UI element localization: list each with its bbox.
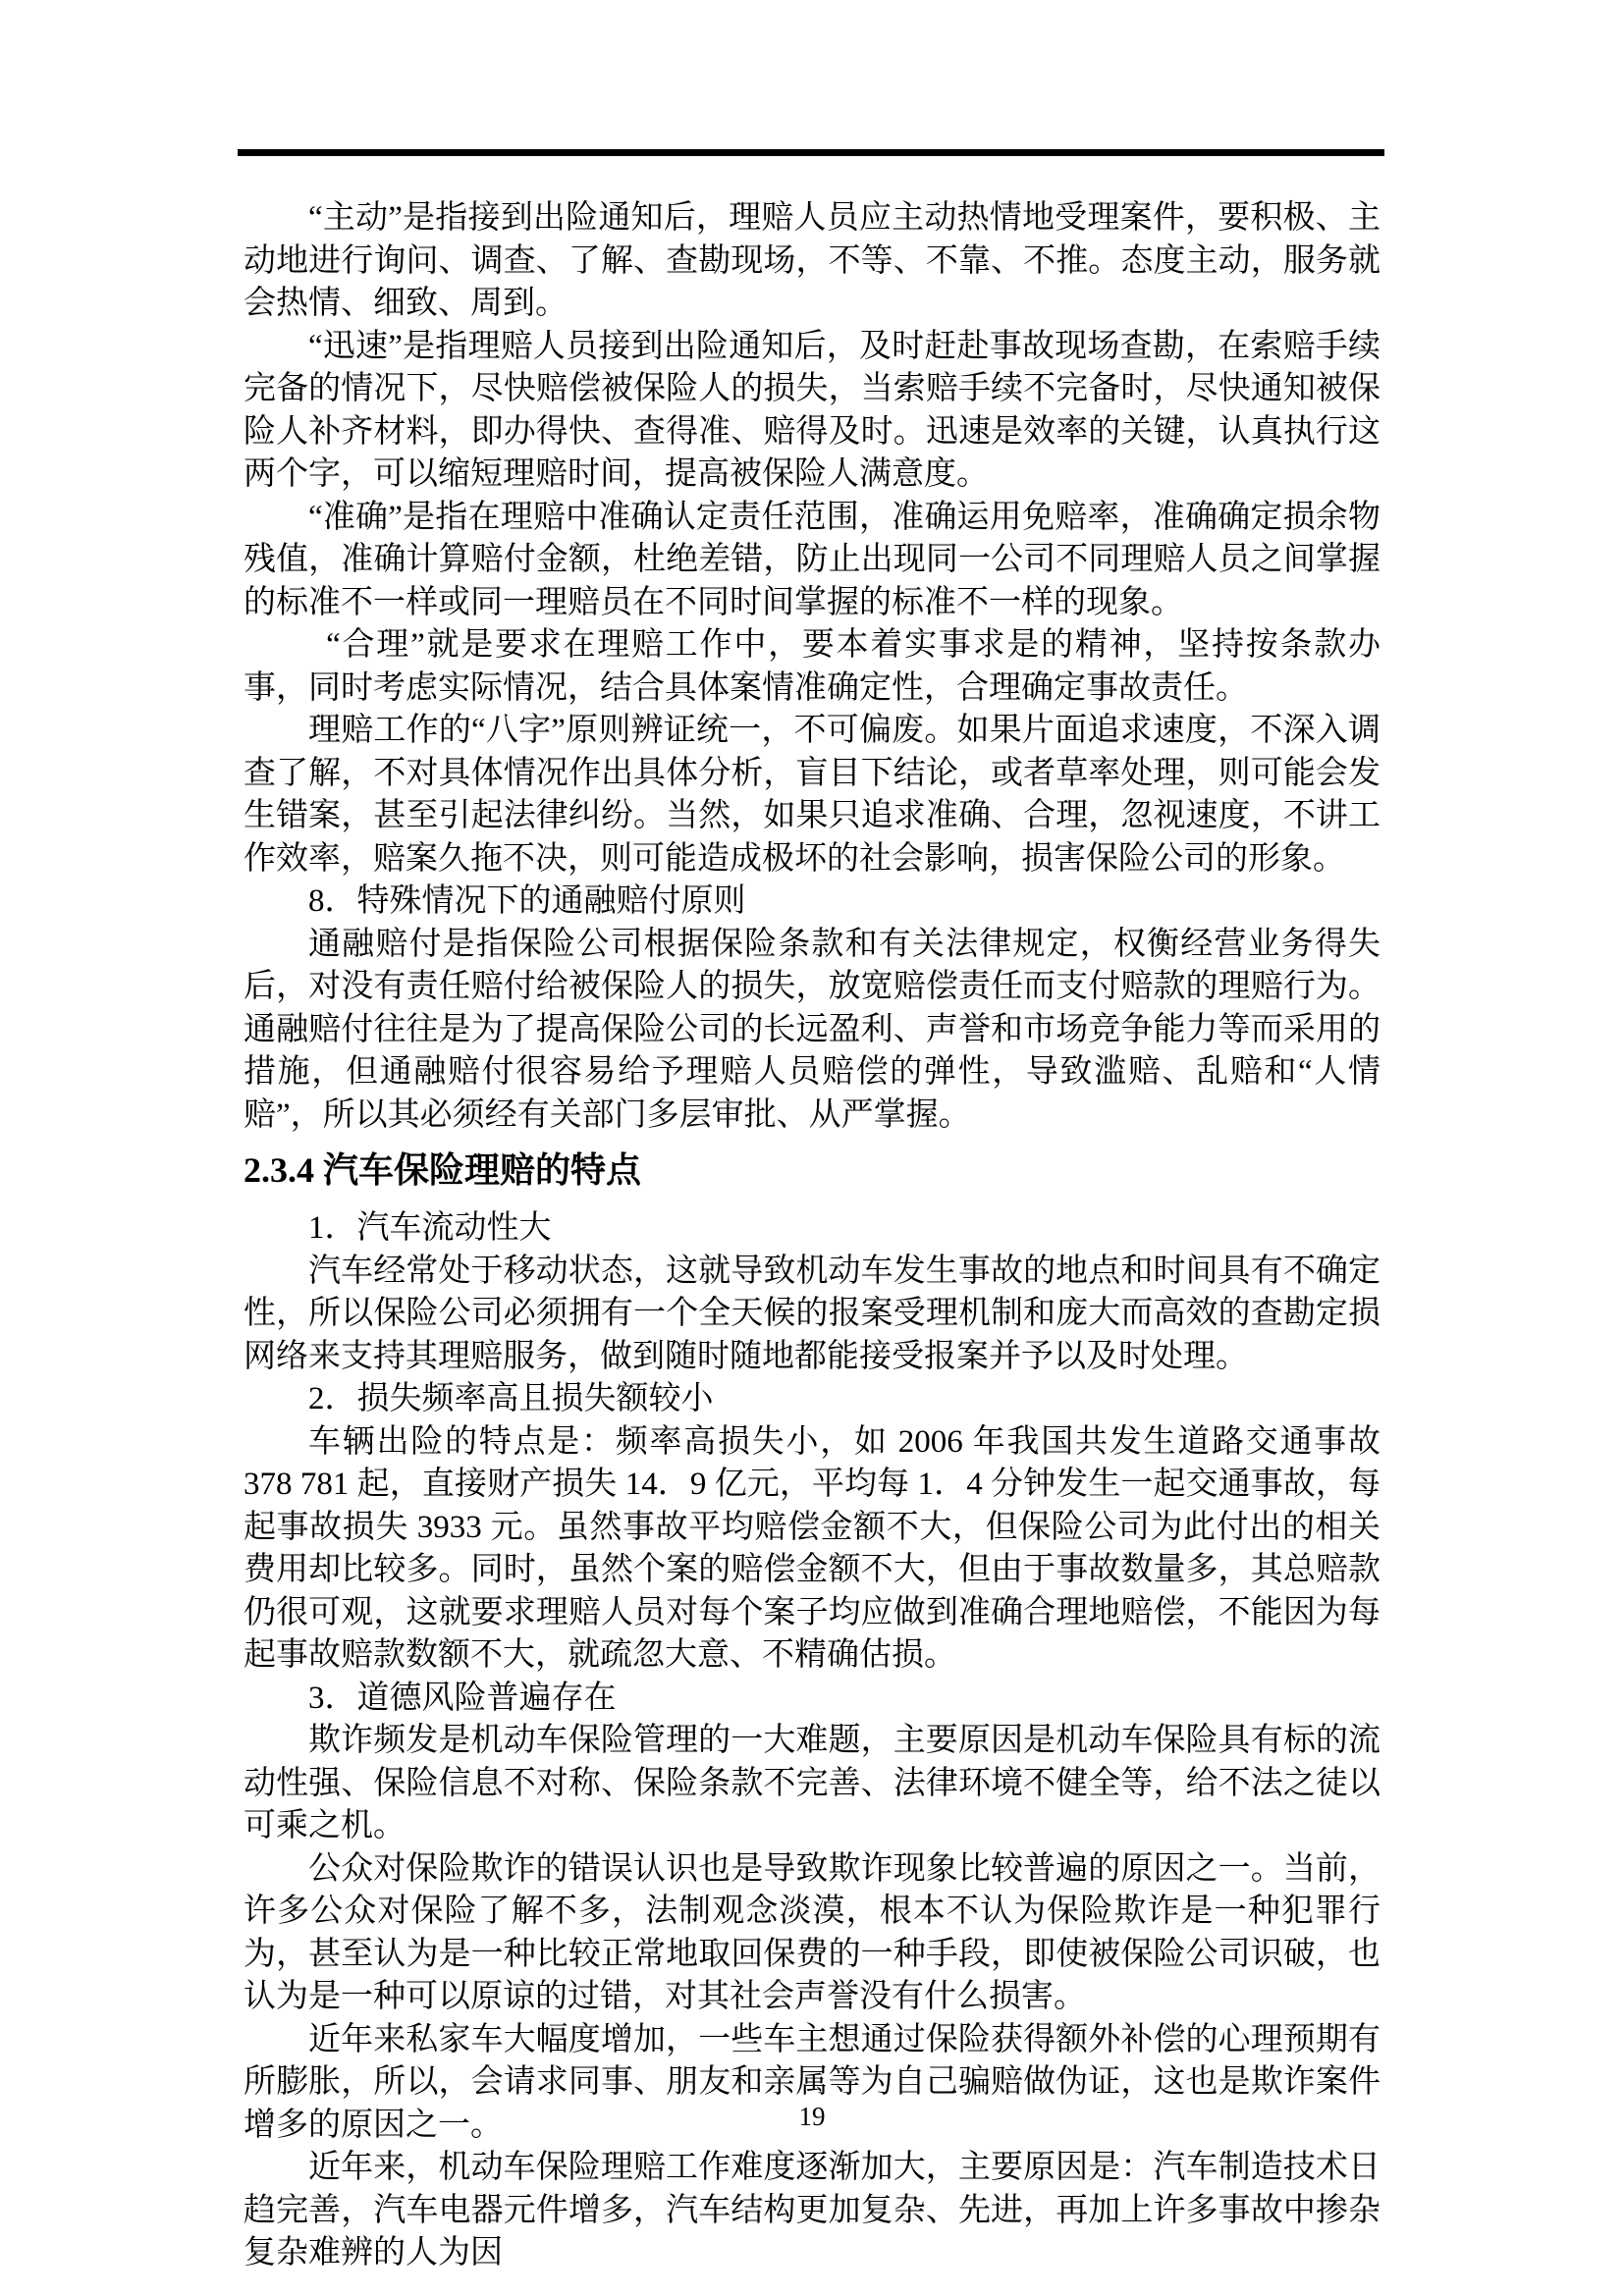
numbered-item: 1．汽车流动性大 [244, 1207, 1380, 1251]
body-text-column: “主动”是指接到出险通知后，理赔人员应主动热情地受理案件，要积极、主动地进行询问… [244, 197, 1380, 2275]
numbered-item: 8．特殊情况下的通融赔付原则 [244, 881, 1380, 924]
paragraph: 通融赔付是指保险公司根据保险条款和有关法律规定，权衡经营业务得失后，对没有责任赔… [244, 924, 1380, 1138]
numbered-item: 2．损失频率高且损失额较小 [244, 1378, 1380, 1421]
header-rule [238, 149, 1384, 156]
numbered-item: 3．道德风险普遍存在 [244, 1678, 1380, 1721]
paragraph: 车辆出险的特点是：频率高损失小，如 2006 年我国共发生道路交通事故 378 … [244, 1421, 1380, 1678]
paragraph: “准确”是指在理赔中准确认定责任范围，准确运用免赔率，准确确定损余物残值，准确计… [244, 497, 1380, 625]
page-number: 19 [799, 2102, 826, 2131]
paragraph: 近年来，机动车保险理赔工作难度逐渐加大，主要原因是：汽车制造技术日趋完善，汽车电… [244, 2147, 1380, 2275]
page-footer: 19 [244, 2101, 1380, 2132]
paragraph: “迅速”是指理赔人员接到出险通知后，及时赶赴事故现场查勘，在索赔手续完备的情况下… [244, 326, 1380, 497]
paragraph: “主动”是指接到出险通知后，理赔人员应主动热情地受理案件，要积极、主动地进行询问… [244, 197, 1380, 326]
paragraph: 欺诈频发是机动车保险管理的一大难题，主要原因是机动车保险具有标的流动性强、保险信… [244, 1720, 1380, 1848]
paragraph: 理赔工作的“八字”原则辨证统一，不可偏废。如果片面追求速度，不深入调查了解，不对… [244, 710, 1380, 881]
paragraph: “合理”就是要求在理赔工作中，要本着实事求是的精神，坚持按条款办事，同时考虑实际… [244, 624, 1380, 710]
section-heading: 2.3.4 汽车保险理赔的特点 [244, 1147, 1380, 1194]
document-page: “主动”是指接到出险通知后，理赔人员应主动热情地受理案件，要积极、主动地进行询问… [0, 0, 1624, 2296]
paragraph: 汽车经常处于移动状态，这就导致机动车发生事故的地点和时间具有不确定性，所以保险公… [244, 1251, 1380, 1379]
paragraph: 公众对保险欺诈的错误认识也是导致欺诈现象比较普遍的原因之一。当前，许多公众对保险… [244, 1848, 1380, 2019]
